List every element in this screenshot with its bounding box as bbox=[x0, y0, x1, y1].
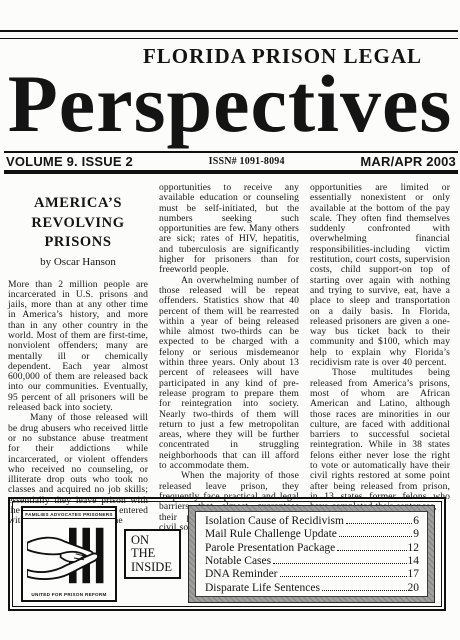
article-paragraph: An overwhelming number of those released… bbox=[159, 276, 299, 472]
on-the-inside-word: ON bbox=[131, 534, 177, 548]
logo-bottom-label: UNITED FOR PRISON REFORM bbox=[31, 592, 106, 597]
toc-dot-leader bbox=[339, 536, 412, 537]
toc-entry: Disparate Life Sentences20 bbox=[205, 582, 419, 595]
toc-dot-leader bbox=[273, 563, 406, 564]
on-the-inside-section: FAMILIES ADVOCATES PRISONERS UNITED FOR … bbox=[8, 497, 446, 611]
masthead-double-rule bbox=[0, 30, 458, 39]
logo-top-label: FAMILIES ADVOCATES PRISONERS bbox=[22, 510, 116, 519]
article-paragraph: Those multitudes being released from Ame… bbox=[310, 368, 450, 512]
table-of-contents: Isolation Cause of Recidivism6Mail Rule … bbox=[195, 511, 428, 597]
toc-entry: Isolation Cause of Recidivism6 bbox=[205, 515, 419, 528]
newsletter-title: Perspectives bbox=[0, 58, 460, 150]
toc-entry-title: Parole Presentation Package bbox=[205, 542, 335, 555]
on-the-inside-word: THE bbox=[131, 547, 177, 561]
toc-dot-leader bbox=[280, 576, 407, 577]
on-the-inside-label-box: ON THE INSIDE bbox=[124, 529, 181, 580]
toc-entry: Notable Cases14 bbox=[205, 555, 419, 568]
toc-entry-page: 12 bbox=[408, 542, 420, 555]
newsletter-front-page: FLORIDA PRISON LEGAL Perspectives VOLUME… bbox=[0, 0, 460, 640]
toc-dot-leader bbox=[337, 550, 406, 551]
toc-entry-page: 14 bbox=[408, 555, 420, 568]
article-column-3: opportunities are limited or essentially… bbox=[310, 179, 450, 499]
toc-entry-page: 6 bbox=[413, 515, 419, 528]
toc-entry-title: Mail Rule Challenge Update bbox=[205, 528, 337, 541]
article-byline: by Oscar Hanson bbox=[8, 256, 148, 268]
toc-entry-page: 9 bbox=[413, 528, 419, 541]
issue-info-bar: VOLUME 9. ISSUE 2 ISSN# 1091-8094 MAR/AP… bbox=[6, 154, 456, 170]
toc-entry-page: 17 bbox=[408, 568, 420, 581]
toc-entry: Parole Presentation Package12 bbox=[205, 542, 419, 555]
masthead-rule-thin bbox=[4, 151, 458, 153]
article-paragraph: More than 2 million people are incarcera… bbox=[8, 280, 148, 414]
issue-date-label: MAR/APR 2003 bbox=[360, 154, 456, 169]
masthead-rule-thick bbox=[4, 170, 458, 174]
issn-label: ISSN# 1091-8094 bbox=[209, 156, 285, 167]
on-the-inside-inner-frame: FAMILIES ADVOCATES PRISONERS UNITED FOR … bbox=[12, 501, 442, 607]
toc-entry: Mail Rule Challenge Update9 bbox=[205, 528, 419, 541]
prison-reform-logo-box: FAMILIES ADVOCATES PRISONERS UNITED FOR … bbox=[21, 506, 117, 602]
article-column-1: AMERICA’S REVOLVING PRISONS by Oscar Han… bbox=[8, 179, 148, 499]
hands-through-bars-logo-icon bbox=[27, 519, 111, 592]
volume-issue-label: VOLUME 9. ISSUE 2 bbox=[6, 154, 133, 169]
article-headline-line: AMERICA’S bbox=[8, 194, 148, 214]
toc-entry-title: DNA Reminder bbox=[205, 568, 278, 581]
toc-entry-page: 20 bbox=[408, 582, 420, 595]
article-headline-line: PRISONS bbox=[8, 233, 148, 253]
toc-entry-title: Disparate Life Sentences bbox=[205, 582, 320, 595]
article-column-1-text: More than 2 million people are incarcera… bbox=[8, 280, 148, 527]
article-paragraph: opportunities are limited or essentially… bbox=[310, 183, 450, 368]
toc-entry-title: Notable Cases bbox=[205, 555, 271, 568]
article-paragraph: opportunities to receive any available e… bbox=[159, 183, 299, 276]
toc-entry-title: Isolation Cause of Recidivism bbox=[205, 515, 344, 528]
on-the-inside-word: INSIDE bbox=[131, 561, 177, 575]
article-headline: AMERICA’S REVOLVING PRISONS bbox=[8, 194, 148, 253]
article-column-2: opportunities to receive any available e… bbox=[159, 179, 299, 499]
toc-dot-leader bbox=[346, 523, 412, 524]
article-headline-line: REVOLVING bbox=[8, 214, 148, 234]
toc-entry: DNA Reminder17 bbox=[205, 568, 419, 581]
toc-dot-leader bbox=[322, 590, 407, 591]
article-body-columns: AMERICA’S REVOLVING PRISONS by Oscar Han… bbox=[8, 179, 450, 499]
table-of-contents-frame: Isolation Cause of Recidivism6Mail Rule … bbox=[188, 505, 435, 603]
